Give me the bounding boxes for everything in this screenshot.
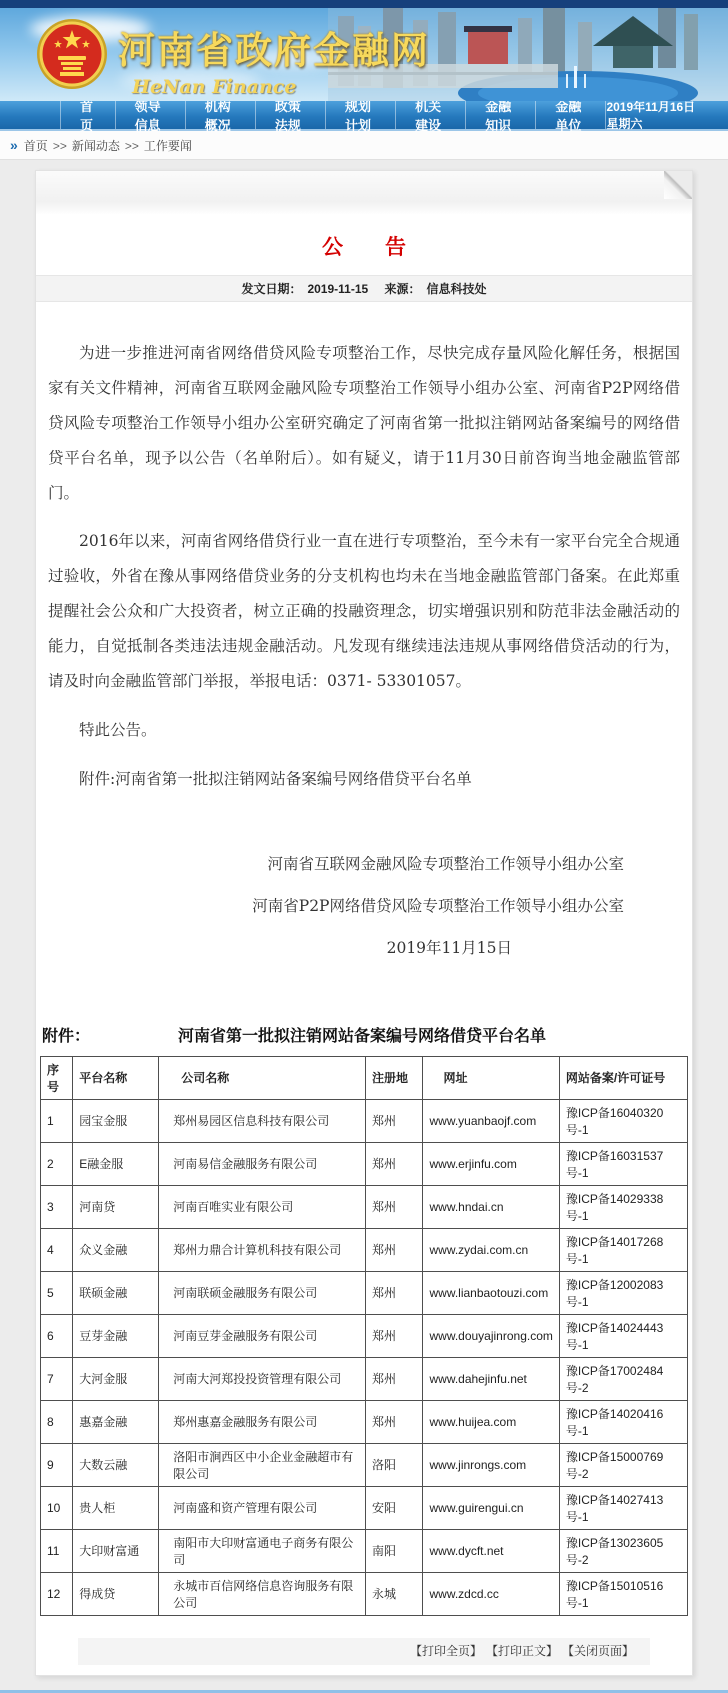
- article-paragraph-3: 附件:河南省第一批拟注销网站备案编号网络借贷平台名单: [48, 762, 680, 797]
- table-row: 3河南贷河南百唯实业有限公司郑州www.hndai.cn豫ICP备1402933…: [41, 1185, 688, 1228]
- table-cell-comp: 洛阳市涧西区中小企业金融超市有限公司: [159, 1443, 366, 1486]
- meta-date-value: 2019-11-15: [307, 282, 368, 296]
- table-cell-reg: 郑州: [365, 1314, 423, 1357]
- document-sheet: 公 告 发文日期：2019-11-15 来源：信息科技处 为进一步推进河南省网络…: [35, 170, 693, 1676]
- nav-item-6[interactable]: 金融知识: [466, 101, 536, 129]
- table-cell-no: 12: [41, 1572, 73, 1615]
- table-cell-url: www.erjinfu.com: [423, 1142, 559, 1185]
- table-cell-reg: 洛阳: [365, 1443, 423, 1486]
- nav-item-1[interactable]: 领导信息: [116, 101, 186, 129]
- article-paragraph-0: 为进一步推进河南省网络借贷风险专项整治工作，尽快完成存量风险化解任务，根据国家有…: [48, 336, 680, 510]
- table-cell-reg: 郑州: [365, 1357, 423, 1400]
- table-row: 9大数云融洛阳市涧西区中小企业金融超市有限公司洛阳www.jinrongs.co…: [41, 1443, 688, 1486]
- table-cell-no: 7: [41, 1357, 73, 1400]
- table-cell-plat: 大河金服: [73, 1357, 159, 1400]
- table-cell-icp: 豫ICP备16040320号-1: [559, 1099, 687, 1142]
- table-cell-plat: 得成贷: [73, 1572, 159, 1615]
- double-arrow-icon: »: [10, 137, 18, 153]
- meta-source-label: 来源：: [385, 282, 421, 296]
- platform-table: 序号平台名称公司名称注册地网址网站备案/许可证号 1园宝金服郑州易园区信息科技有…: [40, 1056, 688, 1616]
- table-row: 6豆芽金融河南豆芽金融服务有限公司郑州www.douyajinrong.com豫…: [41, 1314, 688, 1357]
- signature-line-1: 河南省P2P网络借贷风险专项整治工作领导小组办公室: [48, 889, 680, 923]
- table-cell-url: www.jinrongs.com: [423, 1443, 559, 1486]
- table-cell-comp: 河南盛和资产管理有限公司: [159, 1486, 366, 1529]
- table-cell-url: www.hndai.cn: [423, 1185, 559, 1228]
- close-page-button[interactable]: 【关闭页面】: [568, 1644, 634, 1658]
- site-banner: 河南省政府金融网 HeNan Finance: [0, 8, 728, 101]
- table-cell-reg: 安阳: [365, 1486, 423, 1529]
- table-cell-icp: 豫ICP备14027413号-1: [559, 1486, 687, 1529]
- table-cell-comp: 河南豆芽金融服务有限公司: [159, 1314, 366, 1357]
- table-cell-reg: 郑州: [365, 1185, 423, 1228]
- table-row: 5联硕金融河南联硕金融服务有限公司郑州www.lianbaotouzi.com豫…: [41, 1271, 688, 1314]
- table-cell-plat: 大数云融: [73, 1443, 159, 1486]
- table-row: 12得成贷永城市百信网络信息咨询服务有限公司永城www.zdcd.cc豫ICP备…: [41, 1572, 688, 1615]
- signature-date: 2019年11月15日: [48, 931, 680, 965]
- breadcrumb-link-0[interactable]: 首页: [24, 139, 48, 153]
- table-cell-comp: 河南联硕金融服务有限公司: [159, 1271, 366, 1314]
- table-cell-url: www.lianbaotouzi.com: [423, 1271, 559, 1314]
- site-subtitle: HeNan Finance: [132, 76, 430, 98]
- table-row: 10贵人柜河南盛和资产管理有限公司安阳www.guirengui.cn豫ICP备…: [41, 1486, 688, 1529]
- table-cell-reg: 郑州: [365, 1271, 423, 1314]
- table-row: 2E融金服河南易信金融服务有限公司郑州www.erjinfu.com豫ICP备1…: [41, 1142, 688, 1185]
- nav-item-5[interactable]: 机关建设: [396, 101, 466, 129]
- nav-item-0[interactable]: 首页: [60, 101, 116, 129]
- table-cell-comp: 河南大河郑投投资管理有限公司: [159, 1357, 366, 1400]
- table-cell-comp: 永城市百信网络信息咨询服务有限公司: [159, 1572, 366, 1615]
- table-cell-reg: 南阳: [365, 1529, 423, 1572]
- table-cell-reg: 永城: [365, 1572, 423, 1615]
- table-cell-url: www.guirengui.cn: [423, 1486, 559, 1529]
- signature-line-0: 河南省互联网金融风险专项整治工作领导小组办公室: [48, 847, 680, 881]
- main-nav: 首页领导信息机构概况政策法规规划计划机关建设金融知识金融单位 2019年11月1…: [0, 101, 728, 131]
- table-cell-comp: 河南易信金融服务有限公司: [159, 1142, 366, 1185]
- meta-date-label: 发文日期：: [241, 282, 301, 296]
- table-header-cell-5: 网站备案/许可证号: [559, 1056, 687, 1099]
- national-emblem-icon: [36, 18, 108, 90]
- table-row: 7大河金服河南大河郑投投资管理有限公司郑州www.dahejinfu.net豫I…: [41, 1357, 688, 1400]
- table-cell-url: www.yuanbaojf.com: [423, 1099, 559, 1142]
- meta-source-value: 信息科技处: [427, 282, 487, 296]
- table-cell-plat: 贵人柜: [73, 1486, 159, 1529]
- table-cell-comp: 南阳市大印财富通电子商务有限公司: [159, 1529, 366, 1572]
- table-header-cell-4: 网址: [423, 1056, 559, 1099]
- table-cell-no: 3: [41, 1185, 73, 1228]
- attachment-label: 附件：: [42, 1023, 90, 1046]
- table-header-cell-2: 公司名称: [159, 1056, 366, 1099]
- table-cell-no: 5: [41, 1271, 73, 1314]
- table-cell-no: 8: [41, 1400, 73, 1443]
- breadcrumb-separator: >>: [53, 139, 67, 153]
- table-cell-plat: 联硕金融: [73, 1271, 159, 1314]
- table-cell-icp: 豫ICP备14024443号-1: [559, 1314, 687, 1357]
- table-cell-plat: 河南贷: [73, 1185, 159, 1228]
- breadcrumb-link-1[interactable]: 新闻动态: [72, 139, 120, 153]
- table-header-cell-1: 平台名称: [73, 1056, 159, 1099]
- table-header-cell-3: 注册地: [365, 1056, 423, 1099]
- table-cell-plat: 园宝金服: [73, 1099, 159, 1142]
- table-cell-icp: 豫ICP备14029338号-1: [559, 1185, 687, 1228]
- table-cell-no: 2: [41, 1142, 73, 1185]
- nav-item-4[interactable]: 规划计划: [326, 101, 396, 129]
- table-cell-no: 1: [41, 1099, 73, 1142]
- table-row: 4众义金融郑州力鼎合计算机科技有限公司郑州www.zydai.com.cn豫IC…: [41, 1228, 688, 1271]
- site-title: 河南省政府金融网: [118, 20, 430, 74]
- attachment-heading: 附件： 河南省第一批拟注销网站备案编号网络借贷平台名单: [42, 1023, 686, 1046]
- table-cell-reg: 郑州: [365, 1142, 423, 1185]
- content-area: 公 告 发文日期：2019-11-15 来源：信息科技处 为进一步推进河南省网络…: [0, 160, 728, 1690]
- print-body-button[interactable]: 【打印正文】: [492, 1644, 558, 1658]
- table-cell-no: 6: [41, 1314, 73, 1357]
- article-paragraph-2: 特此公告。: [48, 713, 680, 748]
- table-cell-no: 11: [41, 1529, 73, 1572]
- nav-item-2[interactable]: 机构概况: [186, 101, 256, 129]
- signature-block: 河南省互联网金融风险专项整治工作领导小组办公室河南省P2P网络借贷风险专项整治工…: [36, 811, 692, 965]
- table-cell-comp: 郑州惠嘉金融服务有限公司: [159, 1400, 366, 1443]
- table-cell-plat: 惠嘉金融: [73, 1400, 159, 1443]
- sheet-header-band: [36, 171, 692, 215]
- table-cell-plat: 众义金融: [73, 1228, 159, 1271]
- breadcrumb-separator: >>: [125, 139, 139, 153]
- article-meta: 发文日期：2019-11-15 来源：信息科技处: [36, 275, 692, 302]
- page-curl-decoration: [664, 171, 692, 199]
- table-cell-reg: 郑州: [365, 1400, 423, 1443]
- top-navy-strip: [0, 0, 728, 8]
- breadcrumb: » 首页>>新闻动态>>工作要闻: [0, 131, 728, 160]
- table-row: 1园宝金服郑州易园区信息科技有限公司郑州www.yuanbaojf.com豫IC…: [41, 1099, 688, 1142]
- article-paragraph-1: 2016年以来，河南省网络借贷行业一直在进行专项整治，至今未有一家平台完全合规通…: [48, 524, 680, 698]
- table-cell-no: 4: [41, 1228, 73, 1271]
- nav-item-7[interactable]: 金融单位: [536, 101, 606, 129]
- table-cell-icp: 豫ICP备14020416号-1: [559, 1400, 687, 1443]
- table-cell-plat: E融金服: [73, 1142, 159, 1185]
- table-header-cell-0: 序号: [41, 1056, 73, 1099]
- table-cell-icp: 豫ICP备13023605号-2: [559, 1529, 687, 1572]
- table-cell-comp: 郑州力鼎合计算机科技有限公司: [159, 1228, 366, 1271]
- table-cell-url: www.huijea.com: [423, 1400, 559, 1443]
- table-row: 8惠嘉金融郑州惠嘉金融服务有限公司郑州www.huijea.com豫ICP备14…: [41, 1400, 688, 1443]
- print-toolbar: 【打印全页】【打印正文】【关闭页面】: [78, 1638, 650, 1665]
- table-cell-icp: 豫ICP备15000769号-2: [559, 1443, 687, 1486]
- table-cell-plat: 豆芽金融: [73, 1314, 159, 1357]
- table-cell-plat: 大印财富通: [73, 1529, 159, 1572]
- table-cell-icp: 豫ICP备15010516号-1: [559, 1572, 687, 1615]
- table-row: 11大印财富通南阳市大印财富通电子商务有限公司南阳www.dycft.net豫I…: [41, 1529, 688, 1572]
- article-title: 公 告: [36, 215, 692, 275]
- table-cell-reg: 郑州: [365, 1099, 423, 1142]
- table-cell-icp: 豫ICP备14017268号-1: [559, 1228, 687, 1271]
- table-cell-url: www.zydai.com.cn: [423, 1228, 559, 1271]
- table-cell-no: 10: [41, 1486, 73, 1529]
- table-cell-reg: 郑州: [365, 1228, 423, 1271]
- table-header-row: 序号平台名称公司名称注册地网址网站备案/许可证号: [41, 1056, 688, 1099]
- nav-date: 2019年11月16日 星期六: [606, 101, 728, 129]
- table-cell-icp: 豫ICP备17002484号-2: [559, 1357, 687, 1400]
- table-cell-comp: 河南百唯实业有限公司: [159, 1185, 366, 1228]
- table-cell-comp: 郑州易园区信息科技有限公司: [159, 1099, 366, 1142]
- table-cell-url: www.douyajinrong.com: [423, 1314, 559, 1357]
- attachment-title: 河南省第一批拟注销网站备案编号网络借贷平台名单: [178, 1023, 546, 1046]
- nav-item-3[interactable]: 政策法规: [256, 101, 326, 129]
- table-cell-url: www.dahejinfu.net: [423, 1357, 559, 1400]
- table-cell-icp: 豫ICP备16031537号-1: [559, 1142, 687, 1185]
- table-cell-url: www.zdcd.cc: [423, 1572, 559, 1615]
- bottom-blue-line: [0, 1690, 728, 1693]
- print-fullpage-button[interactable]: 【打印全页】: [410, 1644, 482, 1658]
- table-cell-url: www.dycft.net: [423, 1529, 559, 1572]
- article-body: 为进一步推进河南省网络借贷风险专项整治工作，尽快完成存量风险化解任务，根据国家有…: [36, 302, 692, 797]
- breadcrumb-link-2[interactable]: 工作要闻: [144, 139, 192, 153]
- nav-items: 首页领导信息机构概况政策法规规划计划机关建设金融知识金融单位: [60, 101, 606, 129]
- table-cell-icp: 豫ICP备12002083号-1: [559, 1271, 687, 1314]
- table-cell-no: 9: [41, 1443, 73, 1486]
